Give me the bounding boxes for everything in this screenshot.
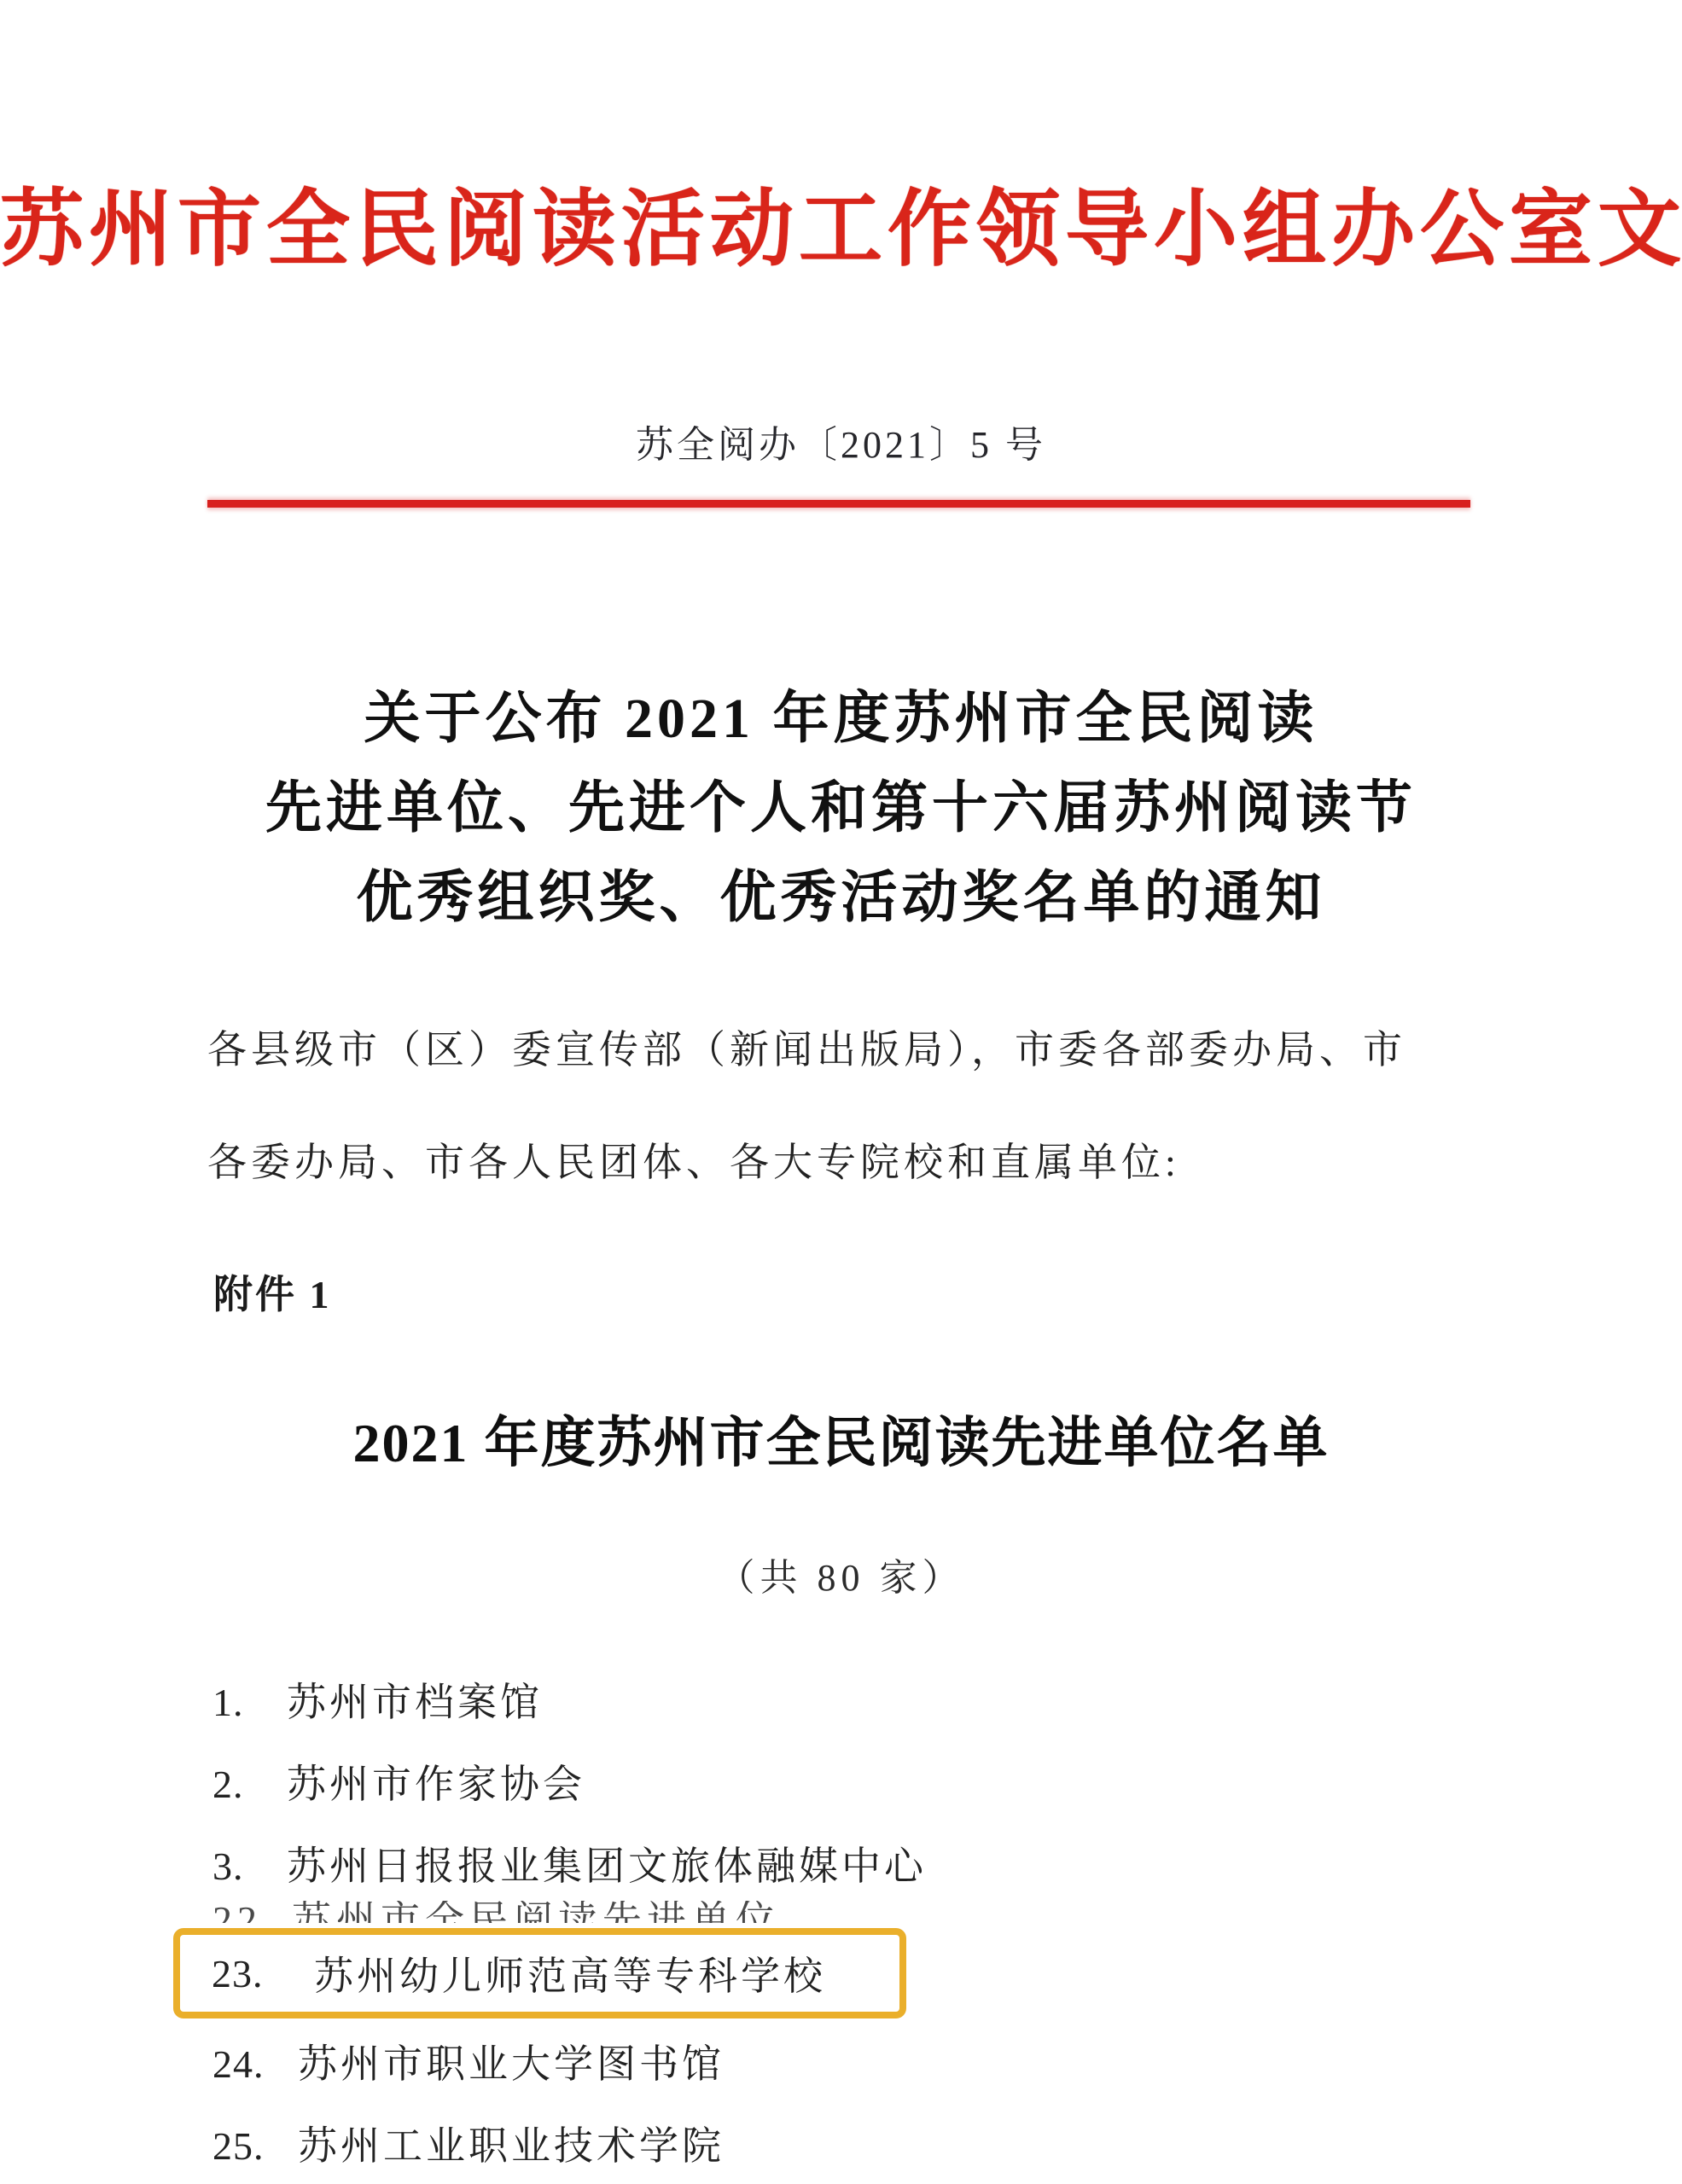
highlighted-list-item-box: 23.苏州幼儿师范高等专科学校 [173, 1928, 906, 2018]
notice-title-line-1: 关于公布 2021 年度苏州市全民阅读 [0, 674, 1682, 764]
truncated-list-item: 22. 苏州市全民阅读先进单位 [212, 1901, 1066, 1923]
list-item-name: 苏州工业职业技术学院 [298, 2124, 725, 2168]
list-item-number: 23. [212, 1951, 314, 1996]
document-number: 苏全阅办〔2021〕5 号 [0, 420, 1682, 471]
red-divider-line [207, 500, 1470, 508]
notice-title: 关于公布 2021 年度苏州市全民阅读 先进单位、先进个人和第十六届苏州阅读节 … [0, 674, 1682, 943]
document-page: 苏州市全民阅读活动工作领导小组办公室文件 苏全阅办〔2021〕5 号 关于公布 … [0, 0, 1682, 2184]
attachment-label: 附件 1 [213, 1271, 332, 1319]
list-item-number: 24. [212, 2041, 298, 2088]
list-item: 1.苏州市档案馆 [212, 1679, 543, 1727]
unit-count-note: （共 80 家） [0, 1553, 1682, 1604]
attachment-list-title: 2021 年度苏州市全民阅读先进单位名单 [0, 1409, 1682, 1478]
list-item-name: 苏州市档案馆 [287, 1681, 543, 1724]
list-item-name: 苏州市作家协会 [287, 1763, 585, 1806]
red-header-org-title: 苏州市全民阅读活动工作领导小组办公室文件 [0, 175, 1682, 286]
addressee-line-2: 各委办局、市各人民团体、各大专院校和直属单位: [207, 1136, 1487, 1189]
list-item: 3.苏州日报报业集团文旅体融媒中心 [212, 1843, 927, 1891]
truncated-list-item-text: 22. 苏州市全民阅读先进单位 [212, 1901, 780, 1923]
list-item-number: 2. [212, 1761, 287, 1809]
notice-title-line-3: 优秀组织奖、优秀活动奖名单的通知 [0, 853, 1682, 943]
list-item-number: 25. [212, 2123, 298, 2170]
list-item-number: 3. [212, 1843, 287, 1891]
addressee-line-1: 各县级市（区）委宣传部（新闻出版局），市委各部委办局、市 [207, 1024, 1487, 1077]
list-item-name: 苏州市职业大学图书馆 [298, 2042, 725, 2086]
list-item-name: 苏州幼儿师范高等专科学校 [314, 1945, 826, 2001]
list-item: 2.苏州市作家协会 [212, 1761, 585, 1809]
notice-title-line-2: 先进单位、先进个人和第十六届苏州阅读节 [0, 764, 1682, 853]
list-item: 24.苏州市职业大学图书馆 [212, 2041, 725, 2088]
list-item-name: 苏州日报报业集团文旅体融媒中心 [287, 1844, 927, 1888]
list-item-number: 1. [212, 1679, 287, 1727]
list-item: 25.苏州工业职业技术学院 [212, 2123, 725, 2170]
